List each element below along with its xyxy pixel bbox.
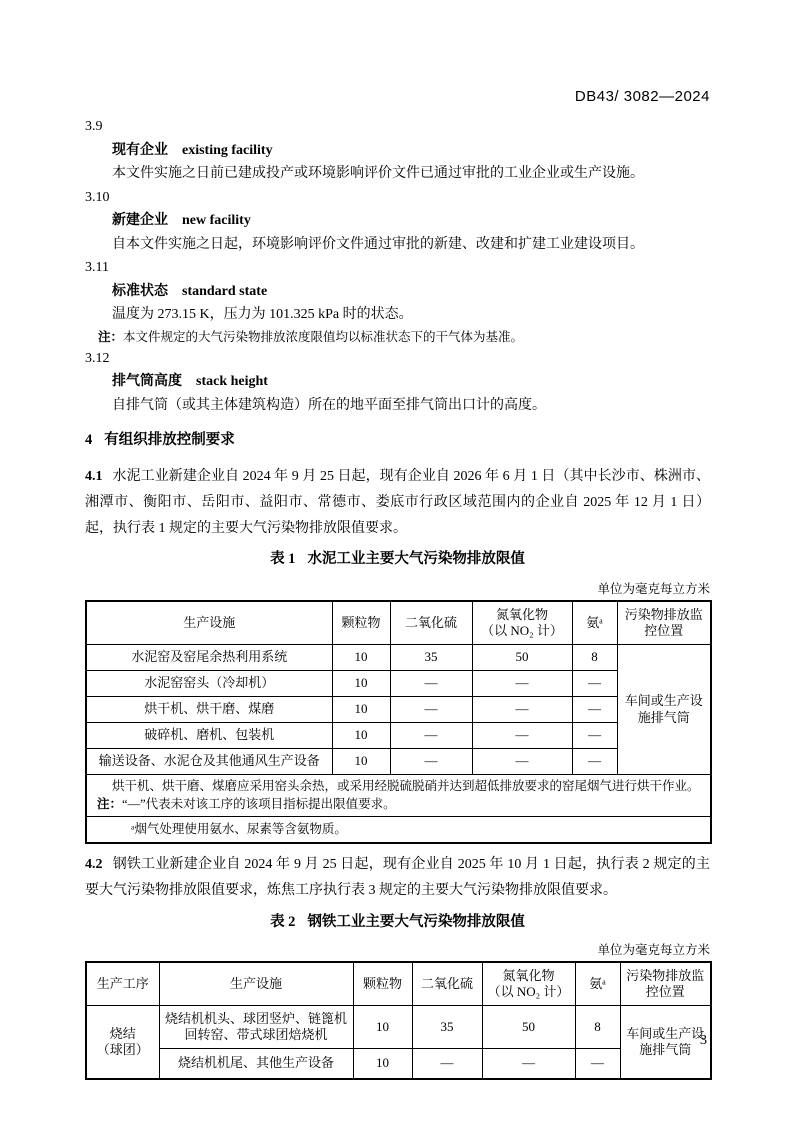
table-1: 生产设施 颗粒物 二氧化硫 氮氧化物 （以 NO₂ 计） 氨ᵃ 污染物排放监控位…	[85, 600, 712, 844]
definition-3-12: 3.12 排气筒高度stack height 自排气筒（或其主体建筑构造）所在的…	[85, 347, 710, 418]
term-en: stack height	[196, 374, 268, 389]
header-monitor: 污染物排放监控位置	[620, 962, 711, 1006]
so2-cell: —	[390, 697, 472, 723]
table-row: 水泥窑及窑尾余热利用系统 10 35 50 8 车间或生产设施排气筒	[86, 645, 711, 671]
nox-cell: 50	[482, 1006, 575, 1049]
so2-cell: —	[412, 1049, 482, 1080]
term-line: 新建企业new facility	[85, 209, 710, 233]
definition-3-11: 3.11 标准状态standard state 温度为 273.15 K，压力为…	[85, 256, 710, 347]
header-pm: 颗粒物	[353, 962, 412, 1006]
table-1-note-row: 烘干机、烘干磨、煤磨应采用窑头余热，或采用经脱硫脱硝并达到超低排放要求的窑尾烟气…	[86, 775, 711, 817]
nox-cell: —	[482, 1049, 575, 1080]
definition-text: 自排气筒（或其主体建筑构造）所在的地平面至排气筒出口计的高度。	[85, 394, 710, 418]
pm-cell: 10	[332, 697, 390, 723]
facility-cell: 破碎机、磨机、包装机	[86, 723, 332, 749]
clause-number: 3.12	[85, 347, 710, 371]
header-nox: 氮氧化物 （以 NO₂ 计）	[482, 962, 575, 1006]
monitor-location-cell: 车间或生产设施排气筒	[620, 1006, 711, 1080]
clause-number: 4.2	[85, 857, 103, 872]
doc-number: DB43/ 3082—2024	[85, 0, 710, 106]
clause-4-2-paragraph: 4.2钢铁工业新建企业自 2024 年 9 月 25 日起，现有企业自 2025…	[85, 852, 710, 904]
clause-number: 3.10	[85, 186, 710, 210]
clause-number: 3.11	[85, 256, 710, 280]
table-1-footnote-row: ᵃ烟气处理使用氨水、尿素等含氨物质。	[86, 817, 711, 844]
definition-text: 本文件实施之日前已建成投产或环境影响评价文件已通过审批的工业企业或生产设施。	[85, 162, 710, 186]
table-2-caption: 表 2钢铁工业主要大气污染物排放限值	[85, 911, 710, 933]
term-cn: 现有企业	[112, 143, 168, 158]
caption-title: 水泥工业主要大气污染物排放限值	[307, 551, 525, 567]
note-prefix: 注：	[97, 797, 122, 811]
header-so2: 二氧化硫	[390, 601, 472, 645]
nox-cell: 50	[472, 645, 572, 671]
facility-cell: 输送设备、水泥仓及其他通风生产设备	[86, 749, 332, 775]
definition-note: 注：本文件规定的大气污染物排放浓度限值均以标准状态下的干气体为基准。	[85, 327, 710, 347]
table-row: 烧结机机尾、其他生产设备 10 — — —	[86, 1049, 711, 1080]
term-line: 排气筒高度stack height	[85, 370, 710, 394]
clause-number: 3.9	[85, 115, 710, 139]
term-cn: 新建企业	[112, 213, 168, 228]
term-cn: 排气筒高度	[112, 374, 182, 389]
so2-cell: 35	[412, 1006, 482, 1049]
term-cn: 标准状态	[112, 284, 168, 299]
document-page: DB43/ 3082—2024 3.9 现有企业existing facilit…	[0, 0, 793, 1122]
table-2-unit-note: 单位为毫克每立方米	[85, 942, 710, 958]
clause-number: 4.1	[85, 469, 103, 484]
table-note-line-2: 注：“—”代表未对该工序的该项目指标提出限值要求。	[97, 796, 704, 814]
facility-cell: 烘干机、烘干磨、煤磨	[86, 697, 332, 723]
so2-cell: —	[390, 723, 472, 749]
caption-label: 表 1	[270, 551, 295, 567]
section-title: 有组织排放控制要求	[104, 432, 235, 448]
note-prefix: 注：	[98, 330, 123, 344]
facility-cell: 水泥窑及窑尾余热利用系统	[86, 645, 332, 671]
clause-text: 水泥工业新建企业自 2024 年 9 月 25 日起，现有企业自 2026 年 …	[85, 469, 710, 536]
header-nox: 氮氧化物 （以 NO₂ 计）	[472, 601, 572, 645]
so2-cell: —	[390, 749, 472, 775]
monitor-location-cell: 车间或生产设施排气筒	[617, 645, 711, 775]
header-process: 生产工序	[86, 962, 159, 1006]
pm-cell: 10	[353, 1049, 412, 1080]
section-number: 4	[85, 432, 92, 448]
header-nh3: 氨ᵃ	[572, 601, 617, 645]
facility-cell: 烧结机机尾、其他生产设备	[159, 1049, 353, 1080]
clause-text: 钢铁工业新建企业自 2024 年 9 月 25 日起，现有企业自 2025 年 …	[85, 857, 710, 898]
term-en: new facility	[182, 213, 251, 228]
process-cell: 烧结 （球团）	[86, 1006, 159, 1080]
definition-3-10: 3.10 新建企业new facility 自本文件实施之日起，环境影响评价文件…	[85, 186, 710, 257]
pm-cell: 10	[332, 671, 390, 697]
so2-cell: 35	[390, 645, 472, 671]
table-1-caption: 表 1水泥工业主要大气污染物排放限值	[85, 548, 710, 570]
note-text: 本文件规定的大气污染物排放浓度限值均以标准状态下的干气体为基准。	[123, 330, 523, 344]
page-number: 3	[700, 1033, 707, 1049]
nh3-cell: —	[575, 1049, 620, 1080]
facility-cell: 烧结机机头、球团竖炉、链篦机回转窑、带式球团焙烧机	[159, 1006, 353, 1049]
table-1-header-row: 生产设施 颗粒物 二氧化硫 氮氧化物 （以 NO₂ 计） 氨ᵃ 污染物排放监控位…	[86, 601, 711, 645]
nh3-cell: —	[572, 723, 617, 749]
header-so2: 二氧化硫	[412, 962, 482, 1006]
facility-cell: 水泥窑窑头（冷却机）	[86, 671, 332, 697]
nox-cell: —	[472, 697, 572, 723]
header-monitor: 污染物排放监控位置	[617, 601, 711, 645]
pm-cell: 10	[332, 749, 390, 775]
header-nh3: 氨ᵃ	[575, 962, 620, 1006]
table-2: 生产工序 生产设施 颗粒物 二氧化硫 氮氧化物 （以 NO₂ 计） 氨ᵃ 污染物…	[85, 961, 712, 1080]
nox-cell: —	[472, 671, 572, 697]
table-note-line-1: 烘干机、烘干磨、煤磨应采用窑头余热，或采用经脱硫脱硝并达到超低排放要求的窑尾烟气…	[97, 778, 704, 796]
term-en: standard state	[182, 284, 267, 299]
nh3-cell: —	[572, 697, 617, 723]
term-line: 现有企业existing facility	[85, 139, 710, 163]
section-4-heading: 4有组织排放控制要求	[85, 428, 710, 452]
nox-cell: —	[472, 723, 572, 749]
nh3-cell: —	[572, 671, 617, 697]
header-pm: 颗粒物	[332, 601, 390, 645]
definition-text: 自本文件实施之日起，环境影响评价文件通过审批的新建、改建和扩建工业建设项目。	[85, 233, 710, 257]
header-facility: 生产设施	[86, 601, 332, 645]
table-footnote-cell: ᵃ烟气处理使用氨水、尿素等含氨物质。	[86, 817, 711, 844]
pm-cell: 10	[353, 1006, 412, 1049]
caption-title: 钢铁工业主要大气污染物排放限值	[307, 914, 525, 930]
clause-4-1-paragraph: 4.1水泥工业新建企业自 2024 年 9 月 25 日起，现有企业自 2026…	[85, 464, 710, 542]
definition-text: 温度为 273.15 K，压力为 101.325 kPa 时的状态。	[85, 303, 710, 327]
definitions-section: 3.9 现有企业existing facility 本文件实施之日前已建成投产或…	[85, 115, 710, 417]
header-facility: 生产设施	[159, 962, 353, 1006]
nh3-cell: —	[572, 749, 617, 775]
nox-cell: —	[472, 749, 572, 775]
note-text: “—”代表未对该工序的该项目指标提出限值要求。	[122, 797, 396, 811]
page-content: DB43/ 3082—2024 3.9 现有企业existing facilit…	[0, 0, 793, 1080]
so2-cell: —	[390, 671, 472, 697]
table-2-header-row: 生产工序 生产设施 颗粒物 二氧化硫 氮氧化物 （以 NO₂ 计） 氨ᵃ 污染物…	[86, 962, 711, 1006]
pm-cell: 10	[332, 723, 390, 749]
table-row: 烧结 （球团） 烧结机机头、球团竖炉、链篦机回转窑、带式球团焙烧机 10 35 …	[86, 1006, 711, 1049]
pm-cell: 10	[332, 645, 390, 671]
table-1-unit-note: 单位为毫克每立方米	[85, 581, 710, 597]
nh3-cell: 8	[572, 645, 617, 671]
definition-3-9: 3.9 现有企业existing facility 本文件实施之日前已建成投产或…	[85, 115, 710, 186]
term-line: 标准状态standard state	[85, 280, 710, 304]
caption-label: 表 2	[270, 914, 295, 930]
table-note-cell: 烘干机、烘干磨、煤磨应采用窑头余热，或采用经脱硫脱硝并达到超低排放要求的窑尾烟气…	[86, 775, 711, 817]
term-en: existing facility	[182, 143, 273, 158]
nh3-cell: 8	[575, 1006, 620, 1049]
